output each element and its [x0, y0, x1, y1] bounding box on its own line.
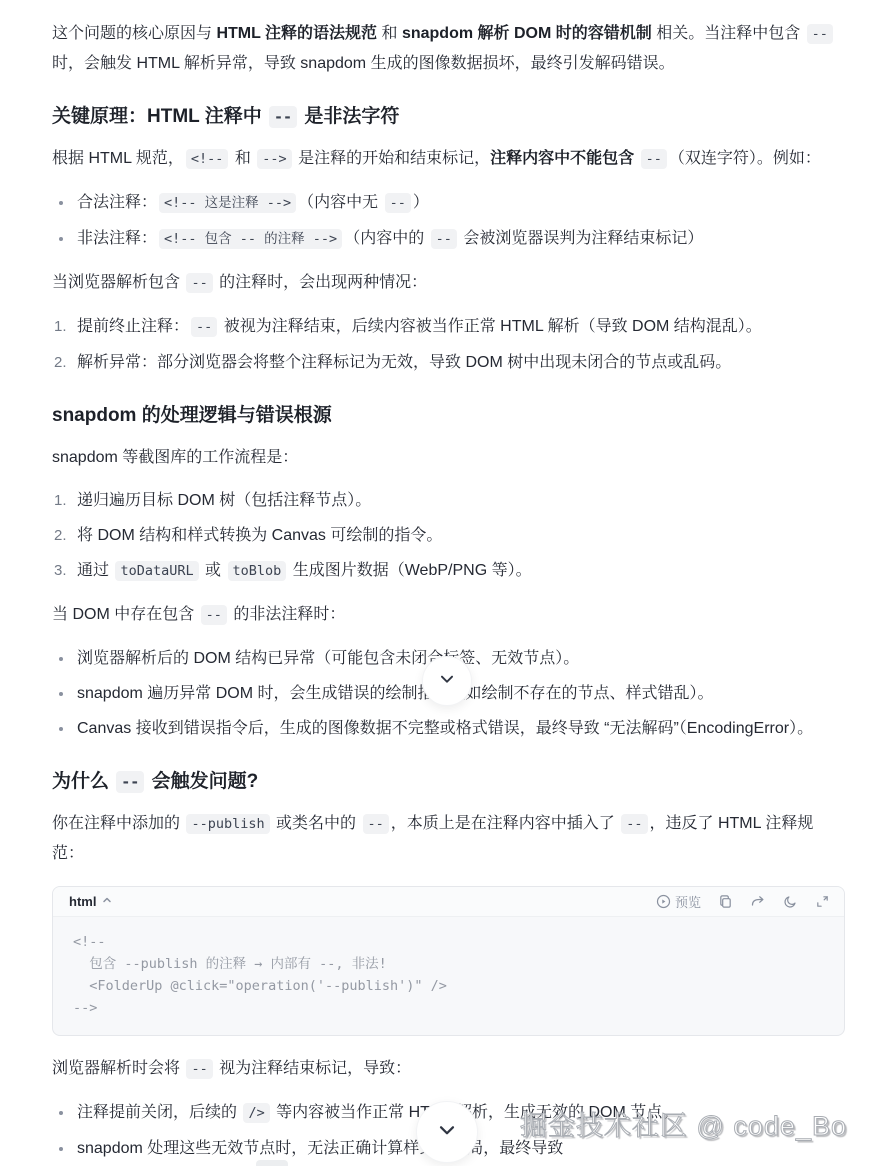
paragraph: 根据 HTML 规范，<!-- 和 --> 是注释的开始和结束标记，注释内容中不…: [52, 144, 845, 174]
bold-text: snapdom 解析 DOM 时的容错机制: [402, 25, 652, 42]
inline-code: --: [186, 1059, 212, 1079]
copy-icon: [718, 894, 733, 909]
numbered-list: 提前终止注释：-- 被视为注释结束，后续内容被当作正常 HTML 解析（导致 D…: [52, 312, 845, 377]
paragraph: 当 DOM 中存在包含 -- 的非法注释时：: [52, 600, 845, 630]
inline-code: --: [621, 814, 647, 834]
bullet-list: 合法注释：<!-- 这是注释 -->（内容中无 --） 非法注释：<!-- 包含…: [52, 188, 845, 254]
paragraph: 当浏览器解析包含 -- 的注释时，会出现两种情况：: [52, 268, 845, 298]
numbered-list: 递归遍历目标 DOM 树（包括注释节点）。 将 DOM 结构和样式转换为 Can…: [52, 486, 845, 586]
inline-code: toBlob: [228, 561, 287, 581]
paragraph: snapdom 等截图库的工作流程是：: [52, 443, 845, 472]
inline-code: -->: [257, 149, 291, 169]
code-block-header: html 预览: [53, 887, 844, 917]
list-item: Canvas 接收到错误指令后，生成的图像数据不完整或格式错误，最终导致 “无法…: [52, 714, 845, 743]
chevron-down-icon: [434, 1117, 460, 1148]
copy-button[interactable]: [718, 894, 733, 909]
inline-code: --: [269, 106, 297, 128]
code-language-label: html: [69, 894, 96, 909]
list-item: 非法注释：<!-- 包含 -- 的注释 -->（内容中的 -- 会被浏览器误判为…: [52, 224, 845, 254]
section-heading-why-trigger: 为什么 -- 会触发问题?: [52, 769, 845, 795]
inline-code: --: [191, 317, 217, 337]
inline-code: --: [186, 273, 212, 293]
inline-code: />: [243, 1103, 269, 1123]
chevron-down-icon: [436, 668, 458, 695]
code-language-toggle[interactable]: html: [69, 894, 113, 909]
list-item: 将 DOM 结构和样式转换为 Canvas 可绘制的指令。: [52, 521, 845, 550]
list-item: 合法注释：<!-- 这是注释 -->（内容中无 --）: [52, 188, 845, 218]
article-page: 这个问题的核心原因与 HTML 注释的语法规范 和 snapdom 解析 DOM…: [0, 0, 869, 1166]
list-item: 递归遍历目标 DOM 树（包括注释节点）。: [52, 486, 845, 515]
inline-code: <!--: [186, 149, 229, 169]
inline-code: --: [641, 149, 667, 169]
paragraph: 你在注释中添加的 --publish 或类名中的 --，本质上是在注释内容中插入…: [52, 809, 845, 868]
inline-code: <!-- 这是注释 -->: [159, 193, 296, 213]
code-toolbar: 预览: [656, 892, 830, 911]
article-content: 这个问题的核心原因与 HTML 注释的语法规范 和 snapdom 解析 DOM…: [0, 0, 869, 1163]
intro-paragraph: 这个问题的核心原因与 HTML 注释的语法规范 和 snapdom 解析 DOM…: [52, 19, 845, 78]
expand-content-button[interactable]: [422, 656, 472, 706]
bold-text: 注释内容中不能包含: [490, 150, 638, 167]
scroll-down-button[interactable]: [416, 1101, 478, 1163]
code-block: html 预览: [52, 886, 845, 1036]
paragraph: 浏览器解析时会将 -- 视为注释结束标记，导致：: [52, 1054, 845, 1084]
code-content[interactable]: <!-- 包含 --publish 的注释 → 内部有 --, 非法! <Fol…: [53, 917, 844, 1035]
preview-label: 预览: [675, 892, 701, 911]
play-circle-icon: [656, 894, 671, 909]
quote-button[interactable]: [750, 894, 766, 910]
fullscreen-button[interactable]: [815, 894, 830, 909]
inline-code: toDataURL: [115, 561, 198, 581]
inline-code: --: [807, 24, 833, 44]
list-item: 提前终止注释：-- 被视为注释结束，后续内容被当作正常 HTML 解析（导致 D…: [52, 312, 845, 342]
expand-icon: [815, 894, 830, 909]
inline-code: --: [385, 193, 411, 213]
list-item: 通过 toDataURL 或 toBlob 生成图片数据（WebP/PNG 等）…: [52, 556, 845, 586]
inline-code: --: [201, 605, 227, 625]
moon-icon: [783, 894, 798, 909]
inline-code: --: [363, 814, 389, 834]
section-heading-snapdom-logic: snapdom 的处理逻辑与错误根源: [52, 403, 845, 429]
share-arrow-icon: [750, 894, 766, 910]
list-item: 解析异常：部分浏览器会将整个注释标记为无效，导致 DOM 树中出现未闭合的节点或…: [52, 348, 845, 377]
theme-toggle-button[interactable]: [783, 894, 798, 909]
inline-code: --: [431, 229, 457, 249]
section-heading-key-principle: 关键原理：HTML 注释中 -- 是非法字符: [52, 104, 845, 130]
chevron-up-icon: [101, 894, 113, 909]
cutoff-inline-code-fragment: [256, 1160, 288, 1166]
inline-code: --: [116, 771, 144, 793]
preview-button[interactable]: 预览: [656, 892, 701, 911]
bold-text: HTML 注释的语法规范: [216, 25, 377, 42]
inline-code: <!-- 包含 -- 的注释 -->: [159, 229, 342, 249]
inline-code: --publish: [186, 814, 269, 834]
